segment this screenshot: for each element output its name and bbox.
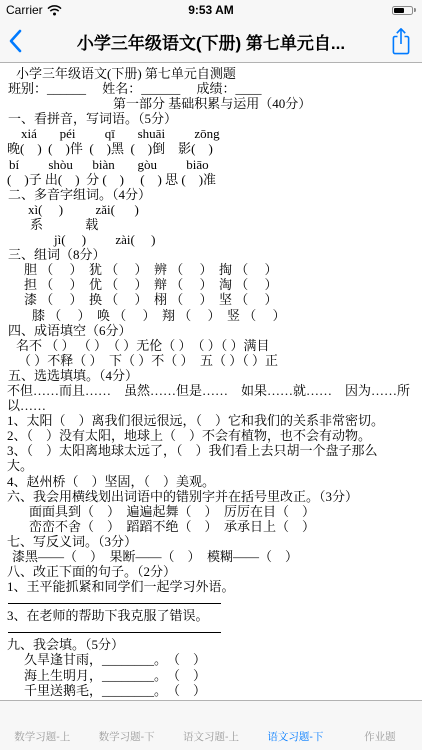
document-line: 晚( ) ( )伴 ( )黑 ( )倒 影( ) [7,141,415,156]
document-line: 2、（ ）没有太阳，地球上（ ）不会有植物，也不会有动物。 [7,428,415,443]
back-button[interactable] [8,20,22,62]
tab-label: 语文习题-上 [183,729,239,744]
tab-label: 作业题 [364,729,396,744]
status-bar-right [392,6,416,15]
document-line: 以…… [7,398,415,413]
wifi-icon [47,5,62,16]
document-line: 八、改正下面的句子。（2分） [7,564,415,579]
page-title: 小学三年级语文(下册) 第七单元自... [77,29,345,54]
document-view[interactable]: 小学三年级语文(下册) 第七单元自测题班别：______ 姓名：______ 成… [0,63,422,700]
document-line: 海上生明月，________。 （ ） [24,668,415,683]
document-line: 不但……而且…… 虽然……但是…… 如果……就…… 因为……所 [7,383,415,398]
document-line: 千里送鹅毛，________。 （ ） [24,683,415,698]
document-line: 第一部分 基础积累与运用（40分） [113,96,415,111]
chevron-left-icon [8,29,22,53]
tab-homework[interactable]: 作业题 [338,701,422,750]
document-line: 六、我会用横线划出词语中的错别字并在括号里改正。（3分） [7,489,415,504]
share-button[interactable] [390,20,412,62]
share-icon [390,27,412,56]
document-line: 面面具到（ ） 遍遍起舞（ ） 厉厉在目（ ） [29,504,415,519]
carrier-label: Carrier [6,3,43,17]
battery-fill [394,8,404,13]
tab-label: 语文习题-下 [267,729,323,744]
document-line: 1、太阳（ ）离我们很远很远，（ ）它和我们的关系非常密切。 [7,413,415,428]
document-line: jì( ) zài( ) [54,232,415,247]
document-line: 一、看拼音，写词语。（5分） [8,111,415,126]
document-line: 九、我会填。（5分） [7,637,415,652]
document-line: 系 载 [30,217,415,232]
document-line: 七、写反义词。（3分） [7,534,415,549]
tab-label: 数学习题-下 [99,729,155,744]
document-line: 小学三年级语文(下册) 第七单元自测题 [16,66,415,81]
tab-chinese-workbook-2[interactable]: 语文习题-下 [253,701,337,750]
tab-math-workbook-1[interactable]: 数学习题-上 [0,701,84,750]
document-line: 五、选选填填。（4分） [8,368,415,383]
document-line: 1、王平能抓紧和同学们一起学习外语。 [7,579,415,594]
document-line: （ ）不释（ ） 下（ ）不（ ） 五（ ）（ ）正 [18,353,415,368]
tab-bar: 数学习题-上数学习题-下语文习题-上语文习题-下作业题 [0,700,422,750]
tab-chinese-workbook-1[interactable]: 语文习题-上 [169,701,253,750]
document-line: 漆黑——（ ） 果断——（ ） 模糊——（ ） [12,549,415,564]
document-line: 3、在老师的帮助下我克服了错误。 [7,608,415,623]
clock: 9:53 AM [0,3,422,17]
document-line: 四、成语填空（6分） [8,323,415,338]
status-bar-left: Carrier [6,3,62,17]
battery-cap [414,8,416,12]
document-line: 担 （ ） 优 （ ） 辩 （ ） 淘 （ ） [24,277,415,292]
document-line: bí shòu biàn gòu biāo [9,157,415,172]
document-line: 膝 （ ） 唤 （ ） 翔 （ ） 竖 （ ） [32,308,415,323]
document-line: 大。 [7,458,415,473]
status-bar: Carrier 9:53 AM [0,0,422,20]
document-line: 久旱逢甘雨，________。 （ ） [24,652,415,667]
document-line: 名不 （ ） （ ） （ ）无伦（ ） （ ）（ ）满目 [16,338,415,353]
answer-line [8,594,221,604]
document-line: 班别：______ 姓名：______ 成绩：____ [8,81,415,96]
tab-label: 数学习题-上 [14,729,70,744]
top-chrome: Carrier 9:53 AM [0,0,422,63]
document-line: xiá péi qī shuāi zōng [21,126,415,141]
tab-math-workbook-2[interactable]: 数学习题-下 [84,701,168,750]
document-line: 二、多音字组词。（4分） [8,187,415,202]
document-line: xì( ) zǎi( ) [28,202,415,217]
answer-line [8,623,221,633]
navigation-bar: 小学三年级语文(下册) 第七单元自... [0,20,422,62]
battery-icon [392,6,413,15]
document-line: 峦峦不舍（ ） 蹈蹈不绝（ ） 承承日上（ ） [29,519,415,534]
document-line: 3、（ ）太阳离地球太远了，（ ）我们看上去只胡一个盘子那么 [7,443,415,458]
document-lines: 小学三年级语文(下册) 第七单元自测题班别：______ 姓名：______ 成… [7,66,415,698]
document-line: 三、组词（8分） [8,247,415,262]
document-line: 漆 （ ） 换 （ ） 栩 （ ） 坚 （ ） [24,292,415,307]
document-line: ( )子 出( ) 分 ( ) ( ) 思 ( )准 [7,172,415,187]
app-window: Carrier 9:53 AM [0,0,422,750]
document-line: 胆 （ ） 犹 （ ） 辨 （ ） 掏 （ ） [24,262,415,277]
document-line: 4、赵州桥（ ）坚固，（ ）美观。 [7,474,415,489]
